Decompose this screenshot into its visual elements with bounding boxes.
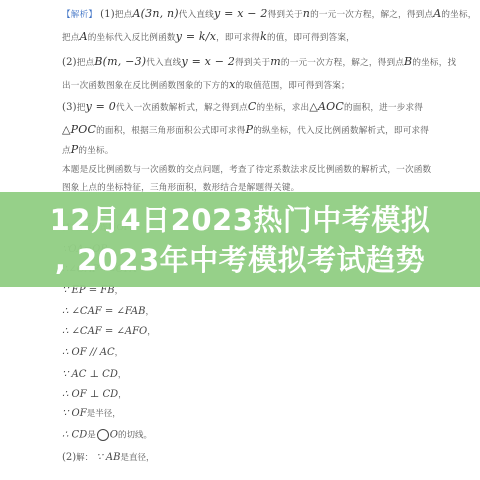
proof-line-2: ∴ ∠CAF = ∠FAB， xyxy=(62,306,154,318)
analysis-line-7: 点P的坐标。 xyxy=(62,144,114,157)
proof-line-8: ∴ CD是O的切线。 xyxy=(62,429,152,442)
title-banner: 12月4日2023热门中考模拟 , 2023年中考模拟考试趋势 xyxy=(0,192,480,287)
analysis-line-3: (2)把点B(m, −3)代入直线y = x − 2得到关于m的一元一次方程，解… xyxy=(62,56,456,69)
banner-title: 12月4日2023热门中考模拟 , 2023年中考模拟考试趋势 xyxy=(0,192,480,287)
proof-line-7: ∵ OF是半径， xyxy=(62,408,121,420)
analysis-line-1: 【解析】 (1)把点A(3n, n)代入直线y = x − 2得到关于n的一元一… xyxy=(62,8,477,21)
analysis-line-2: 把点A的坐标代入反比例函数y = k/x，即可求得k的值，即可得到答案， xyxy=(62,31,355,44)
summary-line-1: 本题是反比例函数与一次函数的交点问题，考查了待定系数法求反比例函数的解析式，一次… xyxy=(62,164,431,176)
analysis-line-5: (3)把y = 0代入一次函数解析式，解之得到点C的坐标，求出△AOC的面积，进… xyxy=(62,101,423,114)
proof-line-6: ∴ OF ⊥ CD， xyxy=(62,389,127,401)
proof-line-9: (2)解： ∵ AB是直径， xyxy=(62,452,155,464)
proof-line-3: ∴ ∠CAF = ∠AFO， xyxy=(62,326,156,338)
analysis-line-4: 出一次函数图象在反比例函数图象的下方的x的取值范围，即可得到答案； xyxy=(62,79,350,92)
analysis-tag: 【解析】 xyxy=(62,10,97,20)
analysis-line-6: △POC的面积，根据三角形面积公式即可求得P的纵坐标，代入反比例函数解析式，即可… xyxy=(62,124,429,137)
proof-line-4: ∴ OF // AC， xyxy=(62,347,123,359)
banner-title-line-1: 12月4日2023热门中考模拟 xyxy=(50,200,431,240)
circle-symbol-icon xyxy=(97,429,109,441)
proof-line-5: ∵ AC ⊥ CD， xyxy=(62,369,126,381)
banner-title-line-2: , 2023年中考模拟考试趋势 xyxy=(55,240,425,280)
